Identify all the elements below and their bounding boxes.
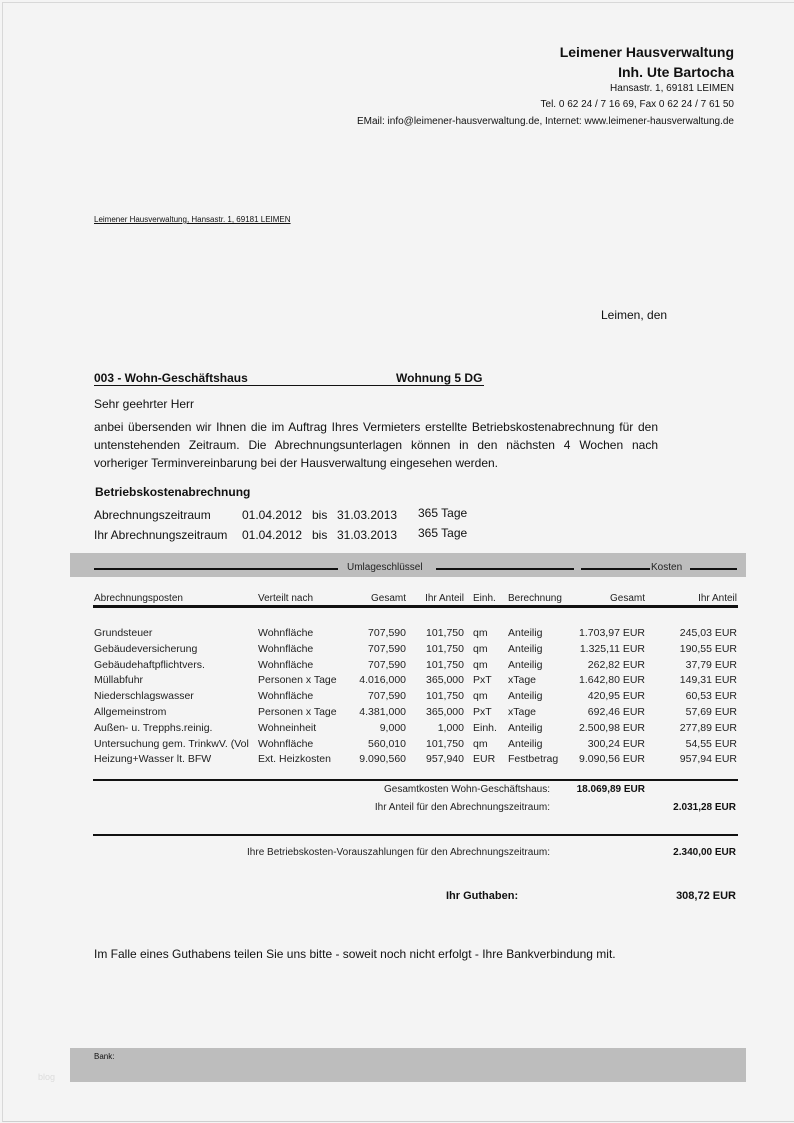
closing-text: Im Falle eines Guthabens teilen Sie uns … [94,947,616,961]
cell-posten: Niederschlagswasser [94,690,194,702]
cell-berechnung: Anteilig [508,643,542,655]
period-bis: bis [312,528,327,542]
cell-posten: Gebäudehaftpflichtvers. [94,659,205,671]
company-email-web: EMail: info@leimener-hausverwaltung.de, … [357,116,734,127]
cell-anteil-key: 957,940 [410,753,464,765]
period-from: 01.04.2012 [242,528,302,542]
cell-berechnung: Anteilig [508,738,542,750]
statement-title: Betriebskostenabrechnung [95,485,250,499]
total-cost-value: 18.069,89 EUR [560,784,645,795]
cell-kosten-gesamt: 420,95 EUR [560,690,645,702]
cell-verteilt: Personen x Tage [258,674,337,686]
cell-verteilt: Wohnfläche [258,643,313,655]
cell-gesamt-key: 560,010 [330,738,406,750]
place-date: Leimen, den [601,308,667,322]
company-owner: Inh. Ute Bartocha [618,64,734,80]
subject-line: 003 - Wohn-Geschäftshaus Wohnung 5 DG [94,371,484,386]
cell-kosten-gesamt: 1.703,97 EUR [560,627,645,639]
cell-kosten-gesamt: 692,46 EUR [560,706,645,718]
cell-posten: Gebäudeversicherung [94,643,197,655]
cell-einheit: EUR [473,753,495,765]
cell-kosten-anteil: 60,53 EUR [650,690,737,702]
group-header-allocation: Umlageschlüssel [347,562,423,573]
cell-berechnung: xTage [508,706,536,718]
cell-einheit: PxT [473,706,492,718]
divider [436,568,574,570]
share-label: Ihr Anteil für den Abrechnungszeitraum: [250,802,550,813]
bank-label: Bank: [94,1052,114,1061]
cell-gesamt-key: 707,590 [330,690,406,702]
prepay-rule [93,834,738,836]
cell-anteil-key: 101,750 [410,643,464,655]
cell-kosten-anteil: 190,55 EUR [650,643,737,655]
divider [581,568,650,570]
cell-kosten-gesamt: 262,82 EUR [560,659,645,671]
cell-kosten-gesamt: 1.325,11 EUR [560,643,645,655]
cell-posten: Heizung+Wasser lt. BFW [94,753,211,765]
cell-einheit: qm [473,690,488,702]
totals-rule [93,779,738,781]
period-to: 31.03.2013 [337,508,397,522]
cell-kosten-anteil: 149,31 EUR [650,674,737,686]
period-bis: bis [312,508,327,522]
column-header: Einh. [473,593,496,604]
cell-berechnung: Anteilig [508,659,542,671]
cell-einheit: qm [473,659,488,671]
period-from: 01.04.2012 [242,508,302,522]
salutation: Sehr geehrter Herr [94,397,194,411]
prepayment-label: Ihre Betriebskosten-Vorauszahlungen für … [150,847,550,858]
cell-anteil-key: 101,750 [410,690,464,702]
table-group-header-band: Umlageschlüssel Kosten [70,553,746,577]
period-label: Abrechnungszeitraum [94,508,211,522]
divider [690,568,737,570]
cell-anteil-key: 101,750 [410,659,464,671]
cell-gesamt-key: 707,590 [330,627,406,639]
cell-einheit: PxT [473,674,492,686]
header-rule [93,605,738,608]
cell-anteil-key: 365,000 [410,706,464,718]
cell-anteil-key: 101,750 [410,738,464,750]
cell-berechnung: Anteilig [508,722,542,734]
cell-verteilt: Ext. Heizkosten [258,753,331,765]
cell-kosten-gesamt: 300,24 EUR [560,738,645,750]
group-header-costs: Kosten [651,562,682,573]
period-label: Ihr Abrechnungszeitraum [94,528,227,542]
cell-einheit: qm [473,627,488,639]
cell-verteilt: Wohnfläche [258,659,313,671]
cell-kosten-anteil: 277,89 EUR [650,722,737,734]
company-phone-fax: Tel. 0 62 24 / 7 16 69, Fax 0 62 24 / 7 … [541,99,734,110]
cell-kosten-anteil: 54,55 EUR [650,738,737,750]
cell-gesamt-key: 9,000 [330,722,406,734]
period-days: 365 Tage [418,526,467,540]
cell-einheit: qm [473,738,488,750]
intro-paragraph: anbei übersenden wir Ihnen die im Auftra… [94,418,658,472]
total-cost-label: Gesamtkosten Wohn-Geschäftshaus: [250,784,550,795]
cell-kosten-anteil: 245,03 EUR [650,627,737,639]
cell-kosten-anteil: 57,69 EUR [650,706,737,718]
cell-posten: Untersuchung gem. TrinkwV. (Vol [94,738,249,750]
cell-anteil-key: 365,000 [410,674,464,686]
column-header: Abrechnungsposten [94,593,183,604]
cell-berechnung: xTage [508,674,536,686]
credit-label: Ihr Guthaben: [446,890,518,902]
cell-gesamt-key: 707,590 [330,659,406,671]
cell-gesamt-key: 4.016,000 [330,674,406,686]
cell-berechnung: Anteilig [508,690,542,702]
period-days: 365 Tage [418,506,467,520]
divider [94,568,338,570]
cell-verteilt: Wohnfläche [258,627,313,639]
cell-verteilt: Wohnfläche [258,690,313,702]
watermark: blog [38,1072,55,1082]
column-header: Gesamt [330,593,406,604]
cell-anteil-key: 1,000 [410,722,464,734]
column-header: Verteilt nach [258,593,313,604]
cell-anteil-key: 101,750 [410,627,464,639]
credit-value: 308,72 EUR [650,890,736,902]
company-address: Hansastr. 1, 69181 LEIMEN [610,83,734,94]
cell-kosten-gesamt: 2.500,98 EUR [560,722,645,734]
cell-verteilt: Wohnfläche [258,738,313,750]
share-value: 2.031,28 EUR [650,802,736,813]
cell-kosten-gesamt: 9.090,56 EUR [560,753,645,765]
cell-gesamt-key: 9.090,560 [330,753,406,765]
column-header: Gesamt [560,593,645,604]
cell-kosten-anteil: 957,94 EUR [650,753,737,765]
bank-details-box: Bank: [70,1048,746,1082]
cell-berechnung: Festbetrag [508,753,558,765]
cell-verteilt: Personen x Tage [258,706,337,718]
subject-property: 003 - Wohn-Geschäftshaus [94,371,248,385]
cell-posten: Allgemeinstrom [94,706,166,718]
cell-posten: Außen- u. Trepphs.reinig. [94,722,212,734]
column-header: Ihr Anteil [650,593,737,604]
prepayment-value: 2.340,00 EUR [650,847,736,858]
cell-verteilt: Wohneinheit [258,722,316,734]
company-name: Leimener Hausverwaltung [560,44,734,60]
cell-posten: Müllabfuhr [94,674,143,686]
cell-kosten-anteil: 37,79 EUR [650,659,737,671]
cell-gesamt-key: 707,590 [330,643,406,655]
cell-posten: Grundsteuer [94,627,152,639]
sender-return-address: Leimener Hausverwaltung, Hansastr. 1, 69… [94,215,291,224]
column-header: Ihr Anteil [410,593,464,604]
cell-gesamt-key: 4.381,000 [330,706,406,718]
cell-einheit: Einh. [473,722,497,734]
cell-einheit: qm [473,643,488,655]
cell-kosten-gesamt: 1.642,80 EUR [560,674,645,686]
subject-unit: Wohnung 5 DG [396,371,482,385]
column-header: Berechnung [508,593,562,604]
cell-berechnung: Anteilig [508,627,542,639]
period-to: 31.03.2013 [337,528,397,542]
